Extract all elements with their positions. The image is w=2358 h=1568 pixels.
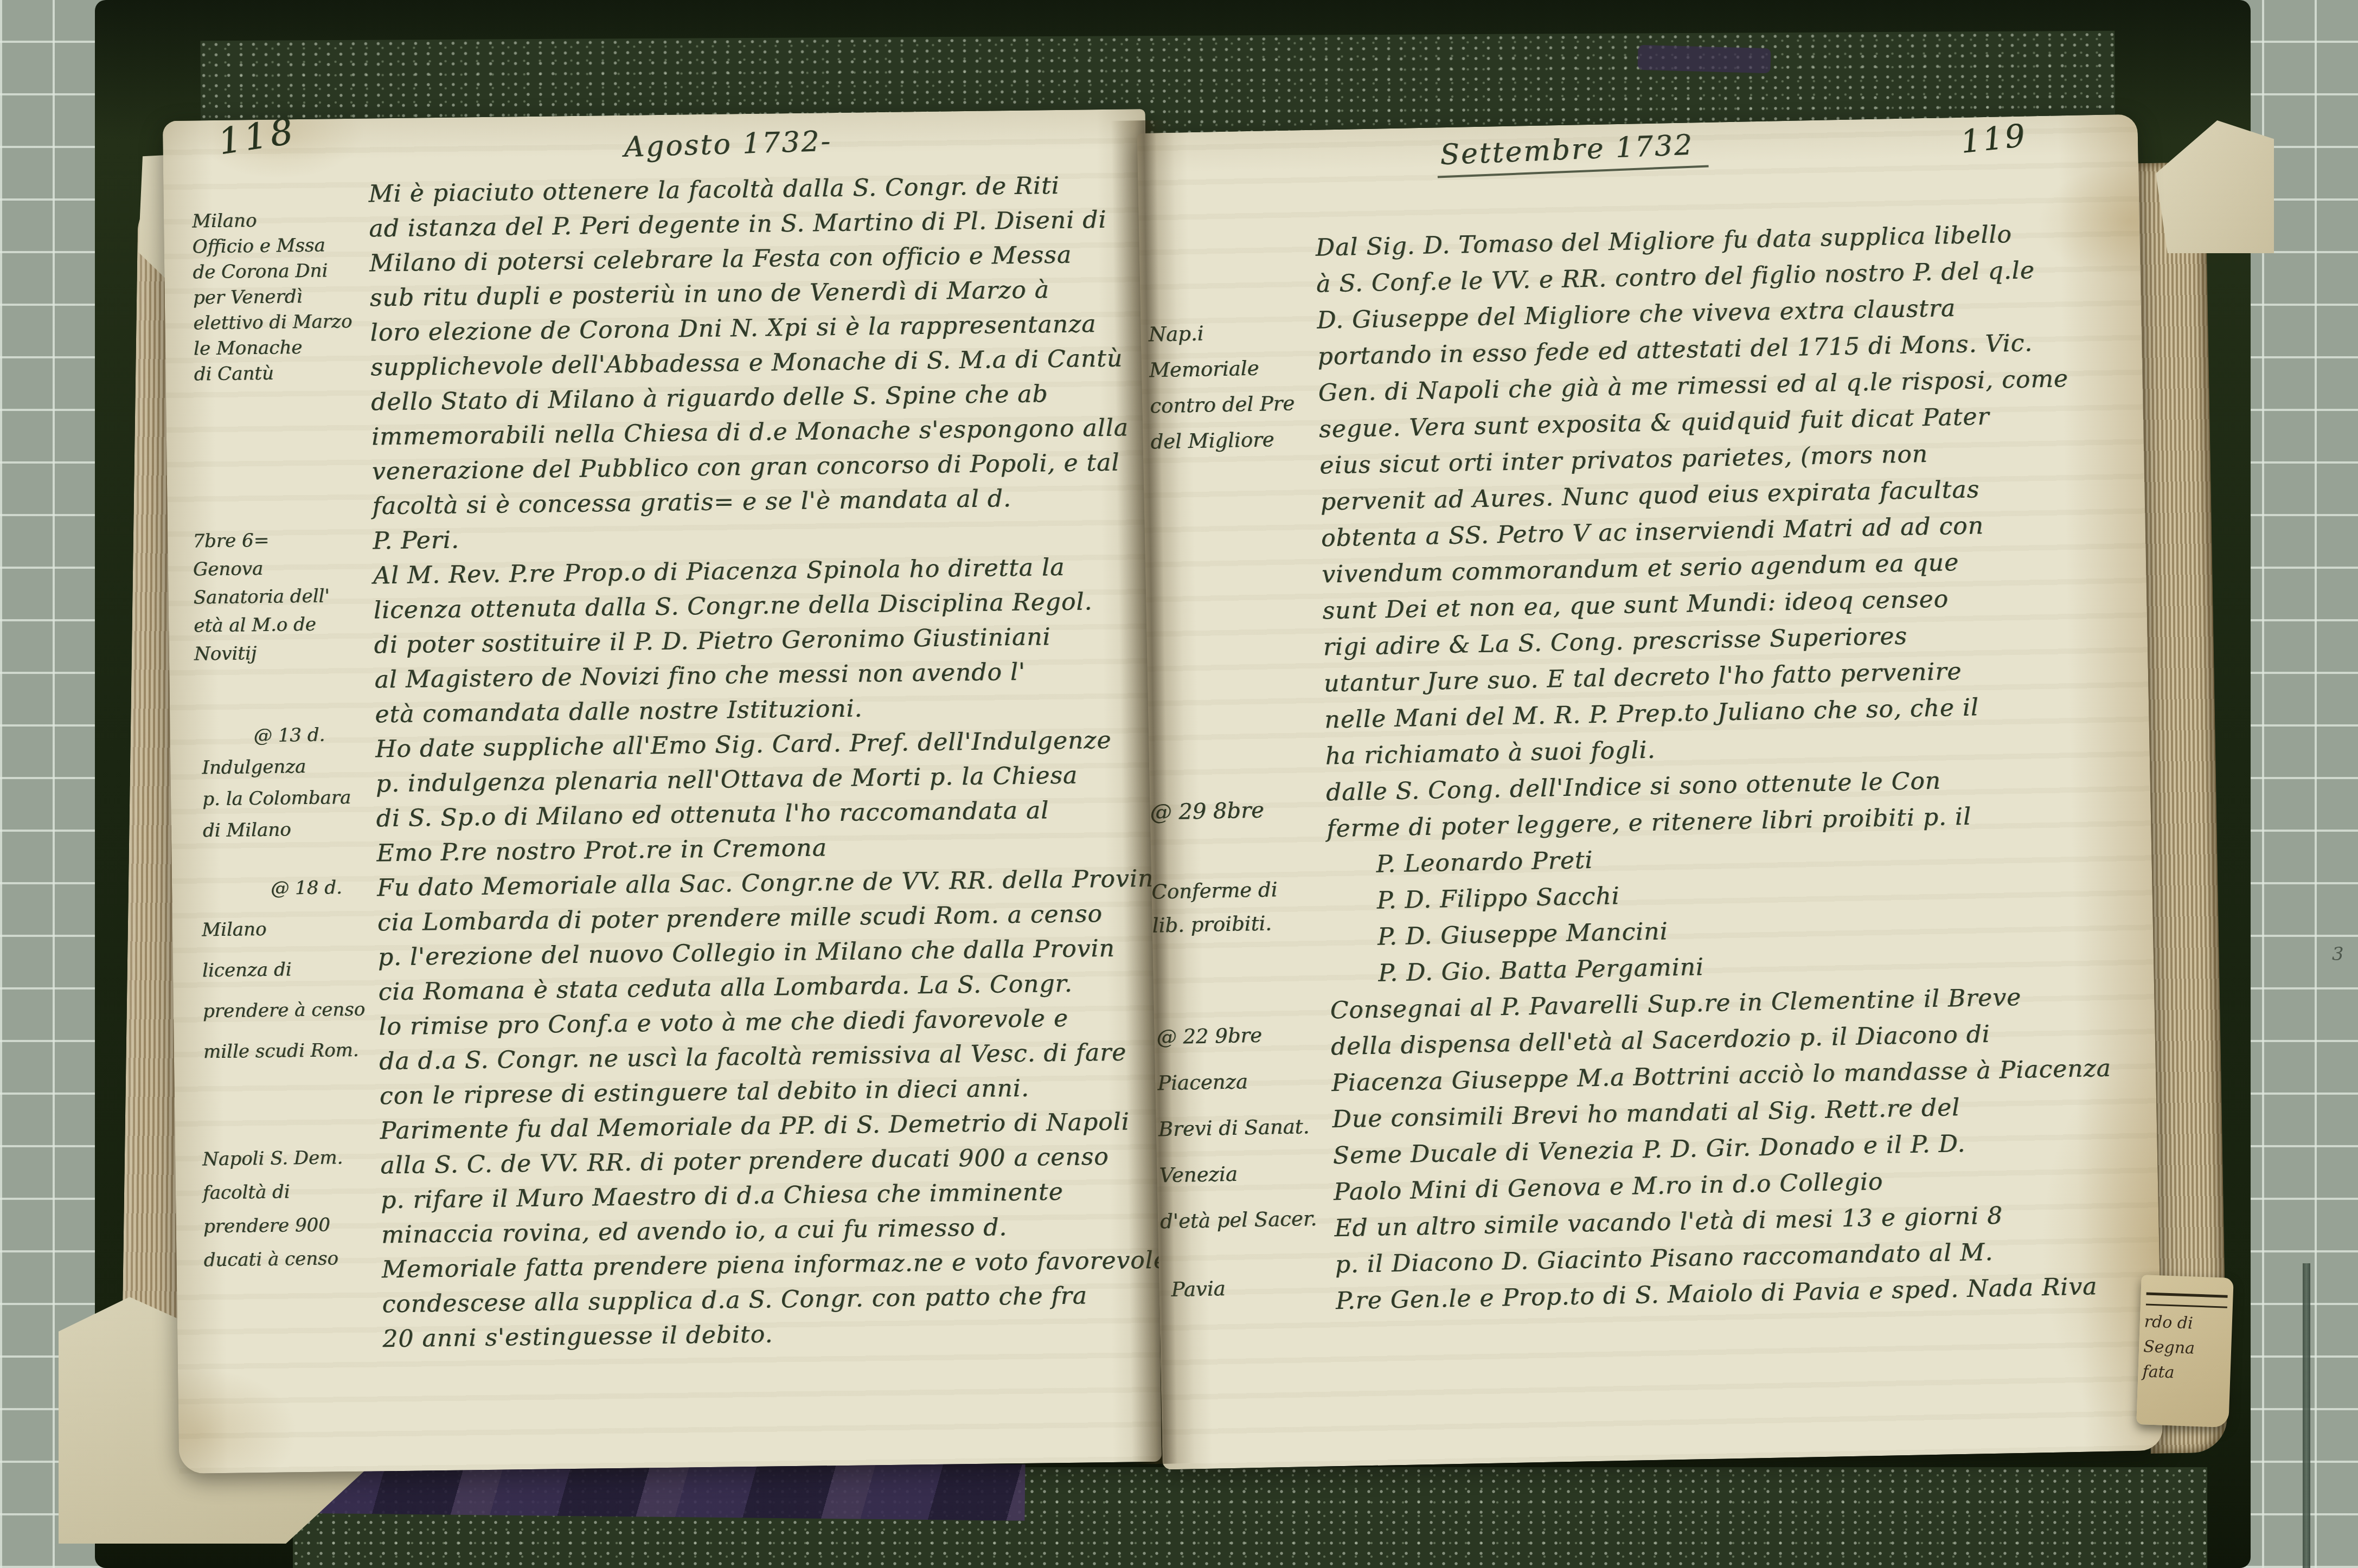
marbled-cover-edge-top-right xyxy=(1637,45,1771,73)
right-page-number: 119 xyxy=(1959,117,2029,160)
strap-line-right xyxy=(2303,1263,2310,1568)
margin-note-line: Milano xyxy=(202,917,364,960)
margin-note-line: p. la Colombara xyxy=(202,787,351,820)
fragment-text: rdo diSegnafata xyxy=(2142,1309,2196,1386)
left-margin-note-milano-officio: MilanoOfficio e Mssade Corona Dniper Ven… xyxy=(192,209,353,389)
margin-note-line: @ 13 d. xyxy=(253,724,350,756)
left-margin-note-napoli-facolta: Napoli S. Dem.facoltà diprendere 900duca… xyxy=(202,1147,344,1283)
left-page-header: Agosto 1732- xyxy=(624,125,832,164)
manuscript-line: 20 anni s'estinguesse il debito. xyxy=(382,1318,1169,1363)
margin-note-line: @ 18 d. xyxy=(271,877,364,918)
fragment-text-line: fata xyxy=(2142,1359,2194,1386)
right-page-header: Settembre 1732 xyxy=(1436,128,1709,178)
margin-note-line: facoltà di xyxy=(203,1180,344,1216)
margin-note-line: Napoli S. Dem. xyxy=(202,1147,343,1182)
margin-note-line: Milano xyxy=(192,209,351,236)
margin-note-line: per Venerdì xyxy=(193,285,353,313)
right-page-body-text: Dal Sig. D. Tomaso del Migliore fu data … xyxy=(1315,221,2116,1326)
left-margin-note-milano-licenza: @ 18 d.Milanolicenza diprendere à censom… xyxy=(201,877,366,1082)
left-margin-note-genova-sanatoria: 7bre 6=GenovaSanatoria dell'età al M.o d… xyxy=(193,529,330,671)
fragment-text-line: rdo di xyxy=(2144,1309,2196,1336)
mat-ruler-mark: 3 xyxy=(2332,943,2344,965)
margin-note-line: Indulgenza xyxy=(202,755,351,788)
margin-note-line: di Cantù xyxy=(194,362,353,389)
margin-note-line: Genova xyxy=(193,557,330,587)
fragment-ruled-lines xyxy=(2146,1292,2227,1308)
margin-note-line: mille scudi Rom. xyxy=(203,1039,366,1082)
photo-canvas: 118 Agosto 1732- MilanoOfficio e Mssade … xyxy=(0,0,2358,1568)
right-page: 119 Settembre 1732 Nap.iMemorialecontro … xyxy=(1137,114,2163,1470)
left-margin-note-indulgenza: @ 13 d.Indulgenzap. la Colombaradi Milan… xyxy=(201,724,351,851)
margin-note-line: Officio e Mssa xyxy=(192,234,351,262)
fragment-text-line: Segna xyxy=(2143,1334,2195,1361)
margin-note-line: di Milano xyxy=(203,818,352,851)
margin-note-line: de Corona Dni xyxy=(193,260,352,287)
left-page: 118 Agosto 1732- MilanoOfficio e Mssade … xyxy=(163,109,1162,1474)
margin-note-line: prendere 900 xyxy=(203,1214,344,1249)
margin-note-line: età al M.o de xyxy=(194,613,330,643)
margin-note-line: licenza di xyxy=(202,958,365,1001)
margin-note-line: prendere à censo xyxy=(203,999,366,1042)
margin-note-line: Novitij xyxy=(194,641,331,671)
margin-note-line: 7bre 6= xyxy=(193,529,329,558)
margin-note-line: Sanatoria dell' xyxy=(193,585,330,615)
left-page-body-text: Mi è piaciuto ottenere la facoltà dalla … xyxy=(368,173,1169,1363)
margin-note-line: elettivo di Marzo xyxy=(193,311,353,338)
margin-note-line: ducati à censo xyxy=(203,1248,344,1283)
vellum-fragment-tab: rdo diSegnafata xyxy=(2136,1275,2234,1428)
margin-note-line: le Monache xyxy=(194,336,353,364)
